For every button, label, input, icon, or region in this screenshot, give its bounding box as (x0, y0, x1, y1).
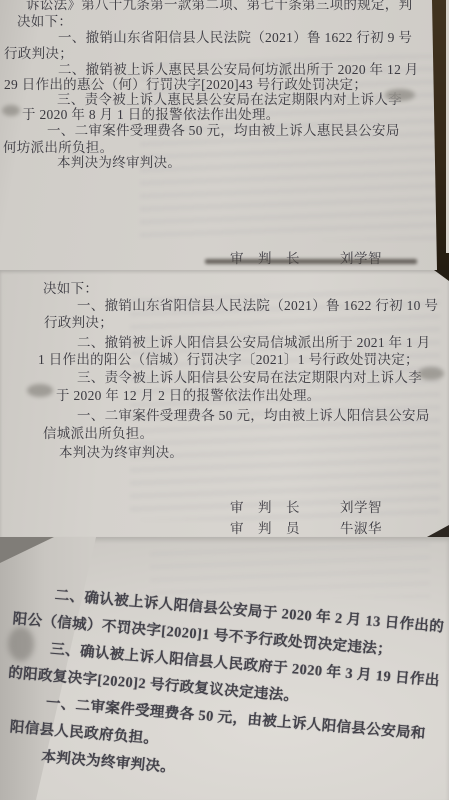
document-photo-1: 诉讼法》第八十九条第一款第二项、第七十条第三项的规定，判 决如下： 一、撤销山东… (0, 0, 449, 270)
signature-row: 审 判 长 刘学智 (230, 247, 382, 267)
judgment3-text-block: 二、确认被上诉人阳信县公安局于 2020 年 2 月 13 日作出的 阳公（信城… (0, 579, 449, 800)
judgment2-line: 三、责令被上诉人阳信县公安局在法定期限内对上诉人李 (77, 366, 422, 386)
redaction-smudge (2, 105, 20, 116)
judgment2-line: 1 日作出的阳公（信城）行罚决字〔2021〕1 号行政处罚决定； (38, 348, 419, 368)
signature-name: 刘学智 (340, 496, 382, 516)
signature-row: 审 判 员 牛淑华 (230, 517, 382, 537)
signature-name: 刘学智 (340, 247, 382, 267)
desk-corner-notch (427, 525, 449, 537)
judgment1-line: 一、撤销山东省阳信县人民法院（2021）鲁 1622 行初 9 号 (58, 26, 412, 46)
judgment1-line: 诉讼法》第八十九条第一款第二项、第七十条第三项的规定，判 (26, 0, 412, 13)
redaction-smudge (418, 367, 444, 380)
document-photo-2: 决如下： 一、撤销山东省阳信县人民法院（2021）鲁 1622 行初 10 号 … (0, 270, 449, 537)
judgment2-line: 行政判决； (44, 311, 113, 331)
judgment2-line: 信城派出所负担。 (43, 422, 153, 442)
desk-corner-notch (434, 270, 449, 281)
judgment2-line: 一、二审案件受理费各 50 元，均由被上诉人阳信县公安局 (77, 404, 430, 424)
signature-role: 审 判 长 (230, 496, 300, 516)
signature-name: 牛淑华 (340, 517, 382, 537)
judgment2-line: 于 2020 年 12 月 2 日的报警依法作出处理。 (56, 384, 321, 404)
redaction-smudge (27, 384, 53, 397)
document-photo-3: 二、确认被上诉人阳信县公安局于 2020 年 2 月 13 日作出的 阳公（信城… (0, 537, 449, 800)
cut-text-smudge (205, 259, 417, 264)
scanned-judgments-screenshot: 诉讼法》第八十九条第一款第二项、第七十条第三项的规定，判 决如下： 一、撤销山东… (0, 0, 449, 800)
redaction-smudge (385, 89, 415, 101)
bleed-through-texture (150, 543, 430, 598)
signature-role: 审 判 员 (230, 517, 300, 537)
judgment1-line: 本判决为终审判决。 (57, 151, 181, 171)
judgment2-line: 一、撤销山东省阳信县人民法院（2021）鲁 1622 行初 10 号 (77, 294, 438, 314)
signature-row: 审 判 长 刘学智 (230, 496, 382, 516)
judgment2-line: 本判决为终审判决。 (59, 441, 183, 461)
signature-role: 审 判 长 (230, 247, 300, 267)
